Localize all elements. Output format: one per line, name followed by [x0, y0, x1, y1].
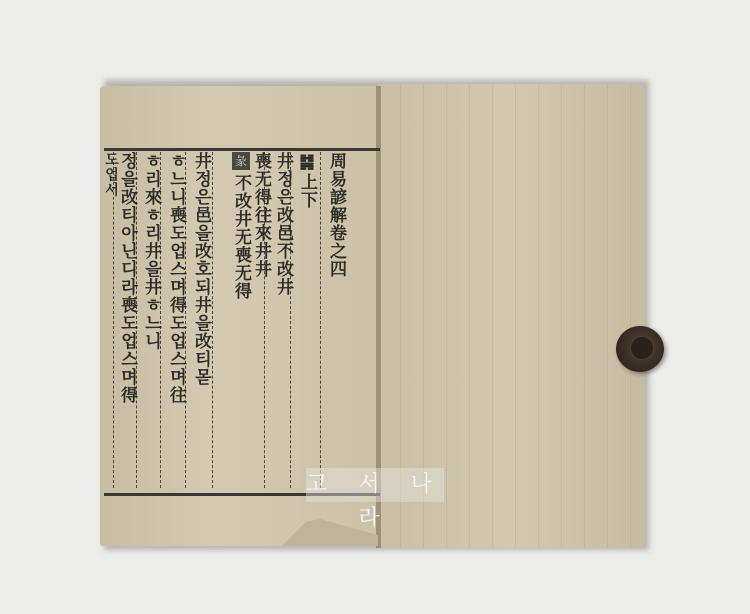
text-column-2: 井정은改邑不改井 — [272, 152, 294, 488]
text-column-6: ㅎ느니喪도업스며得도업스며往 — [165, 152, 187, 488]
title-column: 周易諺解卷之四 — [325, 152, 347, 488]
text-column-7: ㅎ리來ㅎ리井을井ㅎ느니 — [140, 152, 162, 488]
column-divider — [212, 152, 213, 488]
text-column-9: 도업서 — [100, 152, 122, 488]
text-column-3: 喪无得往來井井 — [250, 152, 272, 488]
heading-marker: 彖 — [232, 152, 250, 170]
text-column-5: 井정은邑을改호되井을改티몯 — [190, 152, 212, 488]
text-column-1: ䷯上下 — [296, 152, 318, 488]
knob-weight — [616, 326, 664, 372]
knob-top — [630, 336, 654, 360]
watermark: 고 서 나 라 — [306, 468, 444, 502]
column-divider — [320, 152, 321, 488]
text-column-4: 不改井无喪无得 — [230, 174, 252, 510]
